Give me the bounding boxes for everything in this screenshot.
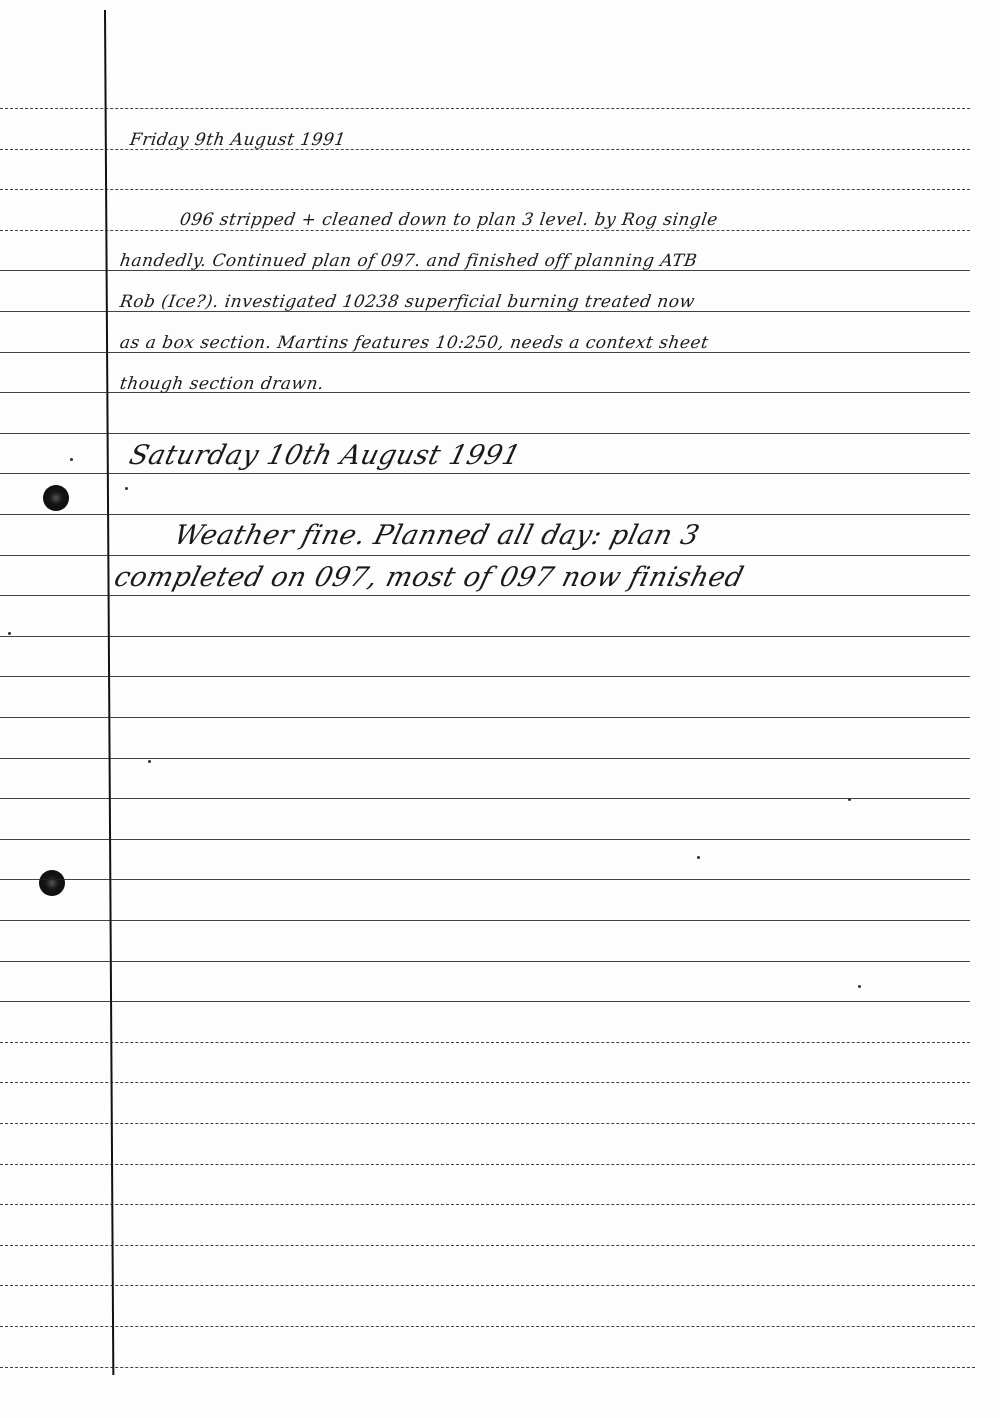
- entry-line: 096 stripped + cleaned down to plan 3 le…: [179, 210, 720, 230]
- ruled-line: [0, 1042, 970, 1043]
- notebook-page: Friday 9th August 1991 096 stripped + cl…: [0, 0, 1000, 1418]
- ruled-line: [0, 1123, 975, 1124]
- ruled-line: [0, 555, 970, 556]
- entry-line: though section drawn.: [119, 374, 326, 394]
- scan-speck: [8, 632, 11, 635]
- ruled-line: [0, 473, 970, 474]
- ruled-line: [0, 108, 970, 109]
- entry-date-saturday: Saturday 10th August 1991: [126, 440, 524, 471]
- ruled-line: [0, 717, 970, 718]
- ruled-line: [0, 230, 970, 231]
- ruled-line: [0, 595, 970, 596]
- entry-line: Rob (Ice?). investigated 10238 superfici…: [119, 292, 696, 312]
- entry-line: Weather fine. Planned all day: plan 3: [171, 520, 703, 551]
- punch-hole-bottom: [39, 870, 65, 896]
- entry-date-friday: Friday 9th August 1991: [129, 130, 347, 150]
- ruled-line: [0, 189, 970, 190]
- scan-speck: [858, 985, 861, 988]
- scan-speck: [125, 487, 128, 490]
- ruled-line: [0, 1082, 970, 1083]
- ruled-line: [0, 961, 970, 962]
- scan-speck: [70, 458, 73, 461]
- entry-line: as a box section. Martins features 10:25…: [119, 333, 710, 353]
- ruled-line: [0, 1367, 975, 1368]
- ruled-line: [0, 798, 970, 799]
- ruled-line: [0, 879, 970, 880]
- scan-speck: [148, 760, 151, 763]
- entry-line: completed on 097, most of 097 now finish…: [111, 562, 747, 593]
- ruled-line: [0, 514, 970, 515]
- ruled-line: [0, 636, 970, 637]
- ruled-line: [0, 1326, 975, 1327]
- ruled-line: [0, 839, 970, 840]
- punch-hole-top: [43, 485, 69, 511]
- ruled-line: [0, 758, 970, 759]
- ruled-line: [0, 1245, 975, 1246]
- ruled-line: [0, 433, 970, 434]
- ruled-line: [0, 1164, 975, 1165]
- entry-line: handedly. Continued plan of 097. and fin…: [119, 251, 699, 271]
- scan-speck: [848, 798, 851, 801]
- scan-speck: [697, 856, 700, 859]
- ruled-line: [0, 920, 970, 921]
- ruled-line: [0, 676, 970, 677]
- margin-line: [104, 10, 114, 1375]
- ruled-line: [0, 1285, 975, 1286]
- ruled-line: [0, 1204, 975, 1205]
- ruled-line: [0, 1001, 970, 1002]
